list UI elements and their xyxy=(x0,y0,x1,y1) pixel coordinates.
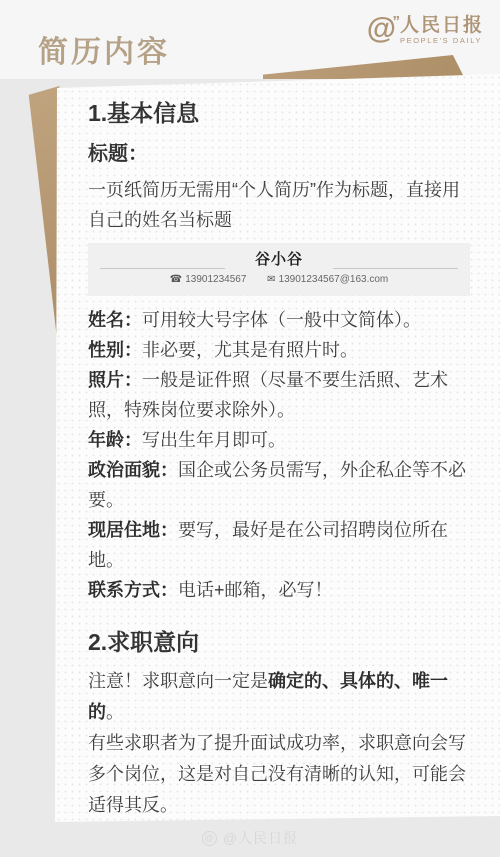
weibo-icon: @ xyxy=(202,831,217,846)
list-item: 照片：一般是证件照（尽量不要生活照、艺术照，特殊岗位要求除外）。 xyxy=(88,365,470,425)
quote-icon: ” xyxy=(392,7,400,37)
resume-sample-card: 谷小谷 ☎13901234567 ✉13901234567@163.com xyxy=(88,243,470,295)
list-item: 政治面貌：国企或公务员需写，外企私企等不必要。 xyxy=(88,455,470,515)
list-item: 年龄：写出生年月即可。 xyxy=(88,425,470,455)
page-title: 简历内容 xyxy=(38,27,170,71)
sample-name: 谷小谷 xyxy=(88,248,470,269)
envelope-icon: ✉ xyxy=(267,274,275,285)
list-item: 姓名：可用较大号字体（一般中文简体）。 xyxy=(88,305,470,335)
sample-email: ✉13901234567@163.com xyxy=(267,274,388,285)
sample-contact-row: ☎13901234567 ✉13901234567@163.com xyxy=(88,274,470,285)
footer-watermark: @ @人民日报 xyxy=(0,828,500,848)
logo-brand-name: 人民日报 xyxy=(400,16,484,36)
list-item: 联系方式：电话+邮箱，必写！ xyxy=(88,575,470,605)
section2-body: 有些求职者为了提升面试成功率，求职意向会写多个岗位，这是对自己没有清晰的认知，可… xyxy=(88,728,470,821)
list-item: 性别：非必要，尤其是有照片时。 xyxy=(88,335,470,365)
resume-tips-sheet: 1.基本信息 标题： 一页纸简历无需用“个人简历”作为标题，直接用自己的姓名当标… xyxy=(55,74,500,822)
section1-heading: 1.基本信息 xyxy=(88,98,470,128)
list-item: 现居住地：要写，最好是在公司招聘岗位所在地。 xyxy=(88,515,470,575)
logo-brand-subtitle: PEOPLE'S DAILY xyxy=(400,36,484,46)
sample-phone: ☎13901234567 xyxy=(170,274,247,285)
section1-intro: 一页纸简历无需用“个人简历”作为标题，直接用自己的姓名当标题 xyxy=(88,175,470,235)
section2-note: 注意！求职意向一定是确定的、具体的、唯一的。 xyxy=(88,666,470,728)
at-icon: @” xyxy=(367,14,396,44)
phone-icon: ☎ xyxy=(170,274,182,285)
section1-subheading: 标题： xyxy=(88,141,470,167)
watermark-text: @人民日报 xyxy=(223,828,298,848)
peoples-daily-logo: @” 人民日报 PEOPLE'S DAILY xyxy=(367,14,484,46)
section2-heading: 2.求职意向 xyxy=(88,627,470,657)
